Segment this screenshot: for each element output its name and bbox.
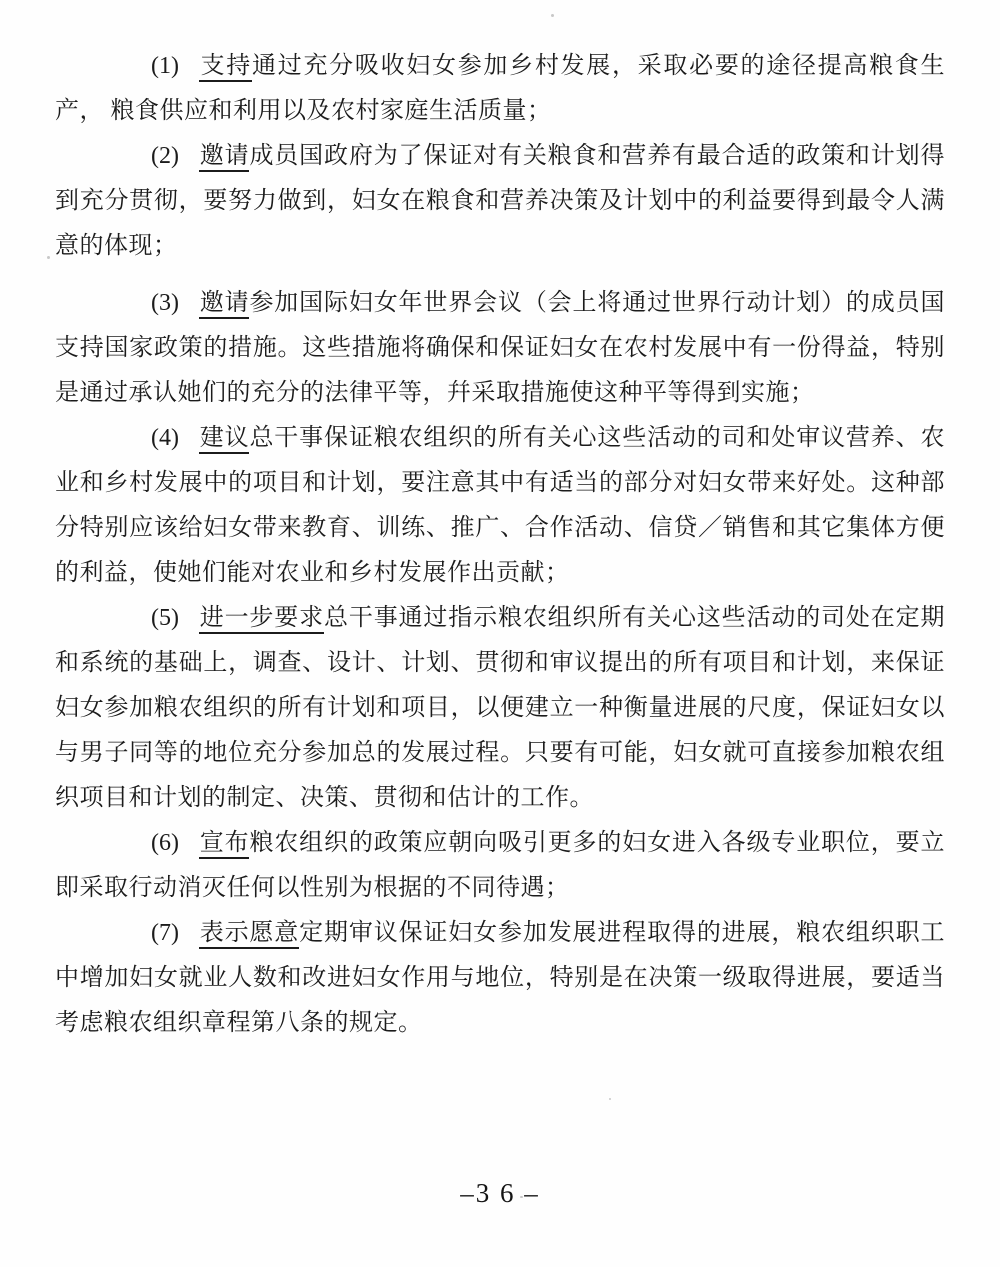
page-number: –3 6 – <box>0 1178 1000 1209</box>
paragraph-1-underlined-lead: 支持 <box>199 53 252 82</box>
paragraph-5-marker: (5) <box>103 596 179 641</box>
paragraph-2: (2)邀请成员国政府为了保证对有关粮食和营养有最合适的政策和计划得到充分贯彻，要… <box>55 134 945 269</box>
paragraph-1-marker: (1) <box>103 44 179 89</box>
paragraph-6-text: 粮农组织的政策应朝向吸引更多的妇女进入各级专业职位，要立即采取行动消灭任何以性别… <box>55 830 945 901</box>
paragraph-3-marker: (3) <box>103 281 179 326</box>
paragraph-6-underlined-lead: 宣布 <box>199 830 249 859</box>
paragraph-6-marker: (6) <box>103 821 179 866</box>
paragraph-2-marker: (2) <box>103 134 179 179</box>
paragraph-1-text: 通过充分吸收妇女参加乡村发展，采取必要的途径提高粮食生产， 粮食供应和利用以及农… <box>55 53 945 124</box>
document-page: (1)支持通过充分吸收妇女参加乡村发展，采取必要的途径提高粮食生产， 粮食供应和… <box>0 0 1000 1267</box>
paragraph-7-marker: (7) <box>103 911 179 956</box>
paragraph-7: (7)表示愿意定期审议保证妇女参加发展进程取得的进展，粮农组织职工中增加妇女就业… <box>55 911 945 1046</box>
document-text-block: (1)支持通过充分吸收妇女参加乡村发展，采取必要的途径提高粮食生产， 粮食供应和… <box>55 44 945 1046</box>
paragraph-7-text: 定期审议保证妇女参加发展进程取得的进展，粮农组织职工中增加妇女就业人数和改进妇女… <box>55 920 945 1036</box>
paragraph-4-text: 总干事保证粮农组织的所有关心这些活动的司和处审议营养、农业和乡村发展中的项目和计… <box>55 425 945 586</box>
scan-speck <box>609 1098 611 1100</box>
paragraph-3-underlined-lead: 邀请 <box>199 290 249 319</box>
paragraph-4-underlined-lead: 建议 <box>199 425 249 454</box>
paragraph-4-marker: (4) <box>103 416 179 461</box>
scan-speck <box>47 256 50 259</box>
paragraph-1: (1)支持通过充分吸收妇女参加乡村发展，采取必要的途径提高粮食生产， 粮食供应和… <box>55 44 945 134</box>
paragraph-3: (3)邀请参加国际妇女年世界会议（会上将通过世界行动计划）的成员国支持国家政策的… <box>55 281 945 416</box>
paragraph-3-text: 参加国际妇女年世界会议（会上将通过世界行动计划）的成员国支持国家政策的措施。这些… <box>55 290 945 406</box>
scan-speck <box>551 14 554 17</box>
paragraph-4: (4)建议总干事保证粮农组织的所有关心这些活动的司和处审议营养、农业和乡村发展中… <box>55 416 945 596</box>
paragraph-2-underlined-lead: 邀请 <box>199 143 249 172</box>
paragraph-6: (6)宣布粮农组织的政策应朝向吸引更多的妇女进入各级专业职位，要立即采取行动消灭… <box>55 821 945 911</box>
paragraph-5-text: 总干事通过指示粮农组织所有关心这些活动的司处在定期和系统的基础上，调查、设计、计… <box>55 605 945 811</box>
paragraph-5-underlined-lead: 进一步要求 <box>199 605 324 634</box>
paragraph-2-text: 成员国政府为了保证对有关粮食和营养有最合适的政策和计划得到充分贯彻，要努力做到，… <box>55 143 945 259</box>
paragraph-7-underlined-lead: 表示愿意 <box>199 920 299 949</box>
paragraph-5: (5)进一步要求总干事通过指示粮农组织所有关心这些活动的司处在定期和系统的基础上… <box>55 596 945 821</box>
